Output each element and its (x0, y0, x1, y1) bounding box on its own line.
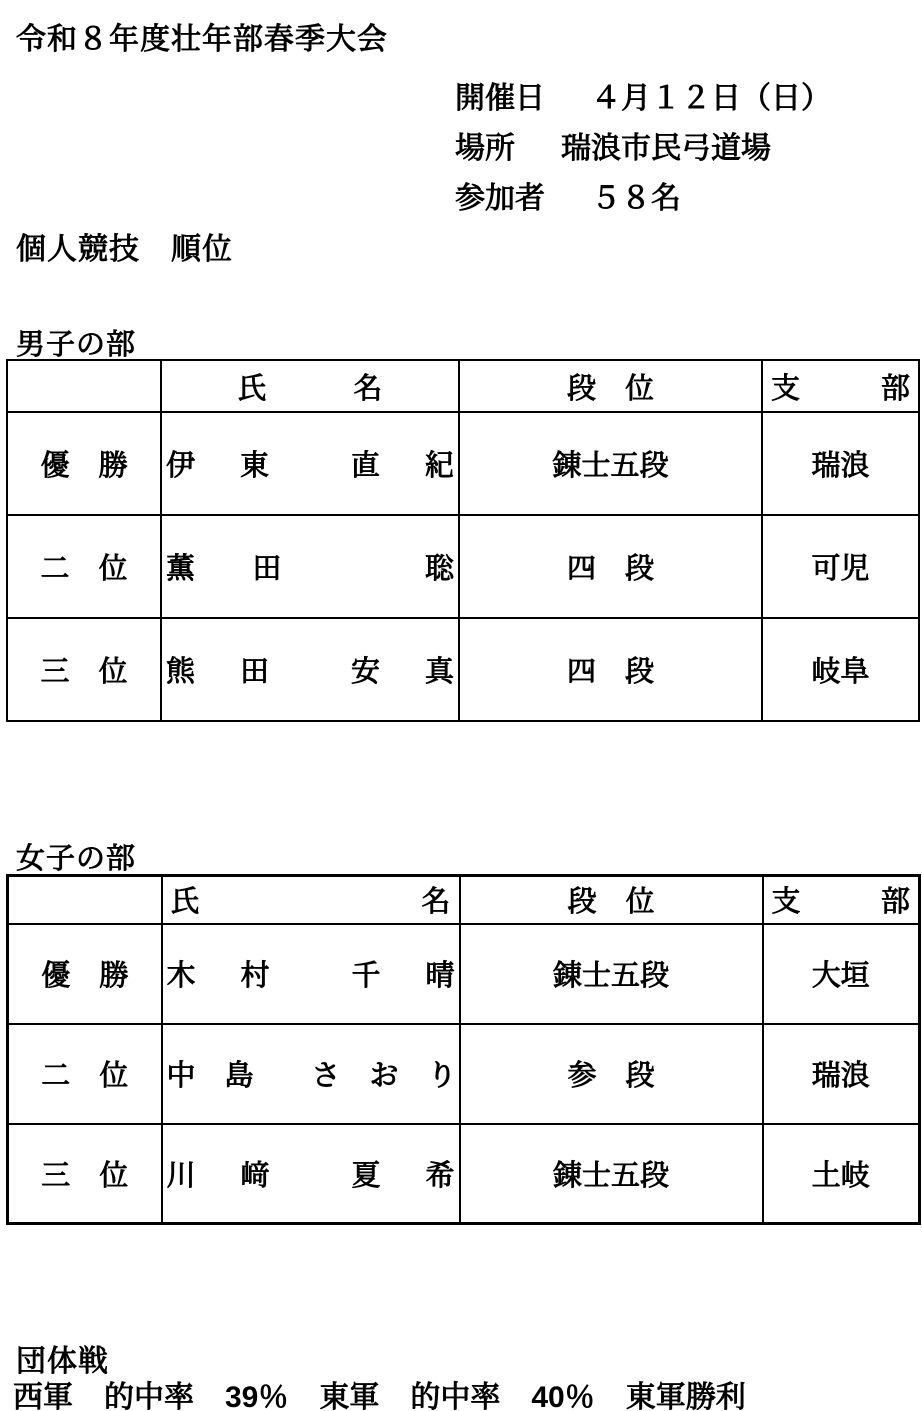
event-date-value: ４月１２日（日） (591, 73, 831, 117)
dan-cell: 四 段 (459, 618, 762, 721)
womens-header-branch: 支 部 (763, 876, 920, 924)
branch-cell: 岐阜 (762, 618, 919, 721)
east-team-name: 東軍 (319, 1372, 379, 1411)
mens-header-branch: 支 部 (762, 360, 919, 412)
table-row: 優 勝 伊 東 直 紀 錬士五段 瑞浪 (7, 412, 919, 515)
name-cell: 木 村 千 晴 (162, 924, 460, 1024)
rank-cell: 二 位 (7, 515, 161, 618)
name-cell: 中 島 さ お り (162, 1024, 460, 1124)
table-row: 三 位 熊 田 安 真 四 段 岐阜 (7, 618, 919, 721)
dan-cell: 四 段 (459, 515, 762, 618)
individual-competition-heading: 個人競技 順位 (16, 224, 233, 268)
name-cell: 熊 田 安 真 (161, 618, 459, 721)
womens-header-rank (8, 876, 162, 924)
page-title: 令和８年度壮年部春季大会 (16, 14, 388, 58)
womens-results-table: 氏 名 段 位 支 部 優 勝 木 村 千 晴 錬士五段 大垣 二 位 中 島 … (6, 874, 921, 1225)
event-participants-value: ５８名 (591, 173, 681, 217)
mens-header-rank (7, 360, 161, 412)
name-cell: 伊 東 直 紀 (161, 412, 459, 515)
table-row: 二 位 中 島 さ お り 参 段 瑞浪 (8, 1024, 920, 1124)
womens-section-label: 女子の部 (16, 836, 136, 877)
dan-cell: 錬士五段 (460, 924, 763, 1024)
team-winner: 東軍勝利 (626, 1372, 746, 1411)
mens-header-dan: 段 位 (459, 360, 762, 412)
event-participants-label: 参加者 (455, 173, 545, 217)
event-venue-row: 場所 瑞浪市民弓道場 (455, 120, 831, 170)
table-row: 二 位 薫 田 聡 四 段 可児 (7, 515, 919, 618)
womens-header-name: 氏 名 (162, 876, 460, 924)
mens-results-table: 氏 名 段 位 支 部 優 勝 伊 東 直 紀 錬士五段 瑞浪 二 位 薫 田 … (6, 359, 920, 722)
event-venue-value: 瑞浪市民弓道場 (561, 123, 771, 167)
event-participants-row: 参加者 ５８名 (455, 170, 831, 220)
team-result-line: 西軍 的中率 39％ 東軍 的中率 40％ 東軍勝利 (13, 1372, 746, 1411)
dan-cell: 錬士五段 (459, 412, 762, 515)
rank-cell: 三 位 (8, 1124, 162, 1224)
dan-cell: 錬士五段 (460, 1124, 763, 1224)
rank-cell: 三 位 (7, 618, 161, 721)
branch-cell: 土岐 (763, 1124, 920, 1224)
west-team-hit-rate: 39％ (225, 1372, 288, 1411)
rank-cell: 二 位 (8, 1024, 162, 1124)
table-row: 優 勝 木 村 千 晴 錬士五段 大垣 (8, 924, 920, 1024)
event-info-block: 開催日 ４月１２日（日） 場所 瑞浪市民弓道場 参加者 ５８名 (455, 70, 831, 220)
east-team-hit-rate: 40％ (531, 1372, 594, 1411)
name-cell: 薫 田 聡 (161, 515, 459, 618)
west-team-stat-label: 的中率 (104, 1372, 194, 1411)
womens-header-row: 氏 名 段 位 支 部 (8, 876, 920, 924)
east-team-stat-label: 的中率 (410, 1372, 500, 1411)
table-row: 三 位 川 﨑 夏 希 錬士五段 土岐 (8, 1124, 920, 1224)
rank-cell: 優 勝 (7, 412, 161, 515)
rank-cell: 優 勝 (8, 924, 162, 1024)
event-date-label: 開催日 (455, 73, 545, 117)
west-team-name: 西軍 (13, 1372, 73, 1411)
event-date-row: 開催日 ４月１２日（日） (455, 70, 831, 120)
dan-cell: 参 段 (460, 1024, 763, 1124)
branch-cell: 瑞浪 (763, 1024, 920, 1124)
event-venue-label: 場所 (455, 123, 515, 167)
mens-section-label: 男子の部 (16, 322, 136, 363)
branch-cell: 瑞浪 (762, 412, 919, 515)
branch-cell: 可児 (762, 515, 919, 618)
branch-cell: 大垣 (763, 924, 920, 1024)
name-cell: 川 﨑 夏 希 (162, 1124, 460, 1224)
mens-header-row: 氏 名 段 位 支 部 (7, 360, 919, 412)
mens-header-name: 氏 名 (161, 360, 459, 412)
womens-header-dan: 段 位 (460, 876, 763, 924)
